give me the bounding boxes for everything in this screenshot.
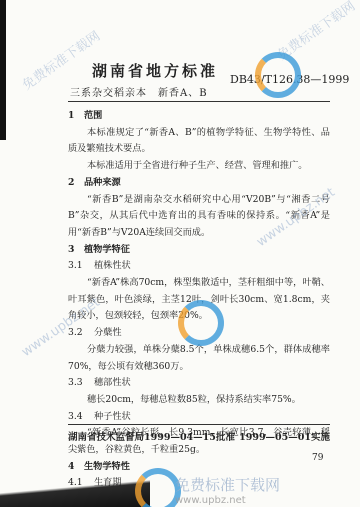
watermark-logo-icon — [178, 300, 224, 346]
subsection-heading: 3.1植株性状 — [68, 258, 330, 275]
document-footer: 湖南省技术监督局1999—04—15批准 1999—05—01实施 — [68, 429, 330, 443]
section-heading: 3植物学特征 — [68, 242, 330, 259]
implementation-date: 1999—05—01实施 — [239, 429, 330, 443]
scan-binding-shadow — [0, 0, 6, 140]
page-number: 79 — [312, 453, 323, 463]
subsection-heading: 3.3穗部性状 — [68, 375, 330, 392]
approval-date: 湖南省技术监督局1999—04—15批准 — [68, 429, 235, 443]
watermark-logo-icon — [255, 52, 301, 98]
document-page: 湖南省地方标准 DB43/T126.38—1999 三系杂交稻亲本 新香A、B … — [0, 0, 360, 507]
watermark-banner: 免费标准下载网 www.upbz.net — [175, 474, 280, 506]
paragraph: 本标准适用于全省进行种子生产、经营、管理和推广。 — [68, 158, 330, 175]
paragraph: 本标准规定了“新香A、B”的植物学特征、生物学特性、品质及繁殖技术要点。 — [68, 125, 330, 158]
footer-rule — [68, 424, 330, 425]
paragraph: 分蘖力较强，单株分蘖8.5个，单株成穗6.5个，群体成穗率70%，每公顷有效穗3… — [68, 342, 330, 375]
section-heading: 1范围 — [68, 108, 330, 125]
document-subtitle: 三系杂交稻亲本 新香A、B — [70, 84, 208, 99]
paragraph: 穗长20cm，每穗总粒数85粒，保持系结实率75%。 — [68, 392, 330, 409]
section-heading: 2品种来源 — [68, 175, 330, 192]
section-heading: 4生物学特性 — [68, 459, 330, 476]
subsection-heading: 3.4种子性状 — [68, 409, 330, 426]
header-rule — [68, 101, 330, 102]
header-title: 湖南省地方标准 — [92, 60, 218, 81]
